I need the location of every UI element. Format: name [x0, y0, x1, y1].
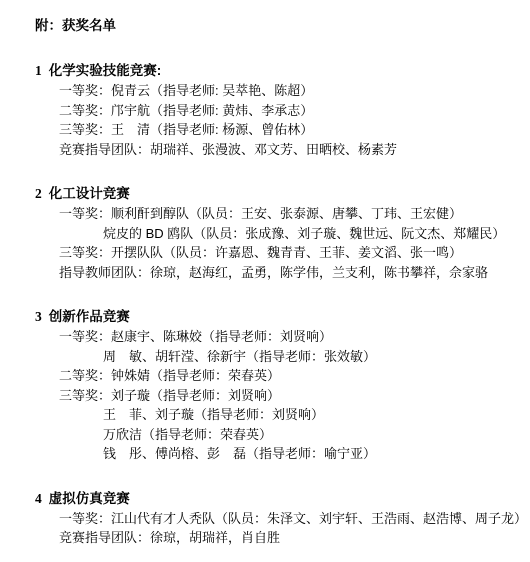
award-line-third-prize: 三等奖：刘子璇（指导老师：刘贤响） [35, 386, 526, 406]
section-heading: 2化工设计竞赛 [35, 184, 526, 204]
award-line-third-prize: 三等奖：开摆队队（队员：许嘉恩、魏青青、王菲、姜文滔、张一鸣） [35, 243, 526, 263]
award-line-first-prize-cont: 烷皮的 BD 鸥队（队员：张成豫、刘子璇、魏世远、阮文杰、郑耀民） [35, 224, 526, 244]
award-line-second-prize: 二等奖：钟姝婧（指导老师：荣春英） [35, 366, 526, 386]
award-line-second-prize: 二等奖：邝宇航（指导老师: 黄炜、李承志） [35, 101, 526, 121]
award-line-mentor-team: 指导教师团队：徐琼，赵海红，孟勇，陈学伟，兰支利，陈书攀祥，佘家骆 [35, 263, 526, 283]
section-virtual-simulation: 4虚拟仿真竞赛 一等奖：江山代有才人秃队（队员：朱泽文、刘宇轩、王浩雨、赵浩博、… [35, 489, 526, 548]
award-line-first-prize: 一等奖：顺利酐到醇队（队员：王安、张泰源、唐攀、丁玮、王宏健） [35, 204, 526, 224]
section-chemistry-experiment-skills: 1化学实验技能竞赛: 一等奖：倪青云（指导老师: 吴萃艳、陈超） 二等奖：邝宇航… [35, 61, 526, 159]
section-number: 4 [35, 491, 42, 506]
section-number: 2 [35, 186, 42, 201]
section-number: 1 [35, 63, 42, 78]
award-line-mentor-team: 竞赛指导团队：徐琼，胡瑞祥，肖自胜 [35, 528, 526, 548]
section-title: 化学实验技能竞赛: [49, 63, 162, 78]
award-line-third-prize: 三等奖：王 清（指导老师: 杨源、曾佑林） [35, 120, 526, 140]
award-line-third-prize-cont: 万欣洁（指导老师：荣春英） [35, 425, 526, 445]
section-title: 虚拟仿真竞赛 [49, 491, 130, 506]
award-line-first-prize: 一等奖：赵康宇、陈琳姣（指导老师：刘贤响） [35, 327, 526, 347]
award-list-document: 附：获奖名单 1化学实验技能竞赛: 一等奖：倪青云（指导老师: 吴萃艳、陈超） … [0, 0, 530, 562]
award-line-first-prize: 一等奖：江山代有才人秃队（队员：朱泽文、刘宇轩、王浩雨、赵浩博、周子龙） [35, 509, 526, 529]
section-chemical-engineering-design: 2化工设计竞赛 一等奖：顺利酐到醇队（队员：王安、张泰源、唐攀、丁玮、王宏健） … [35, 184, 526, 282]
section-heading: 1化学实验技能竞赛: [35, 61, 526, 81]
section-heading: 3创新作品竞赛 [35, 307, 526, 327]
section-innovation-works: 3创新作品竞赛 一等奖：赵康宇、陈琳姣（指导老师：刘贤响） 周 敏、胡轩滢、徐新… [35, 307, 526, 464]
award-line-third-prize-cont: 王 菲、刘子璇（指导老师：刘贤响） [35, 405, 526, 425]
award-line-mentor-team: 竞赛指导团队：胡瑞祥、张漫波、邓文芳、田晒校、杨素芳 [35, 140, 526, 160]
award-line-first-prize-cont: 周 敏、胡轩滢、徐新宇（指导老师：张效敏） [35, 347, 526, 367]
section-heading: 4虚拟仿真竞赛 [35, 489, 526, 509]
section-number: 3 [35, 309, 42, 324]
section-title: 化工设计竞赛 [49, 186, 130, 201]
award-line-first-prize: 一等奖：倪青云（指导老师: 吴萃艳、陈超） [35, 81, 526, 101]
document-title: 附：获奖名单 [35, 16, 526, 36]
section-title: 创新作品竞赛 [49, 309, 130, 324]
award-line-third-prize-cont: 钱 彤、傅尚榕、彭 磊（指导老师：喻宁亚） [35, 444, 526, 464]
